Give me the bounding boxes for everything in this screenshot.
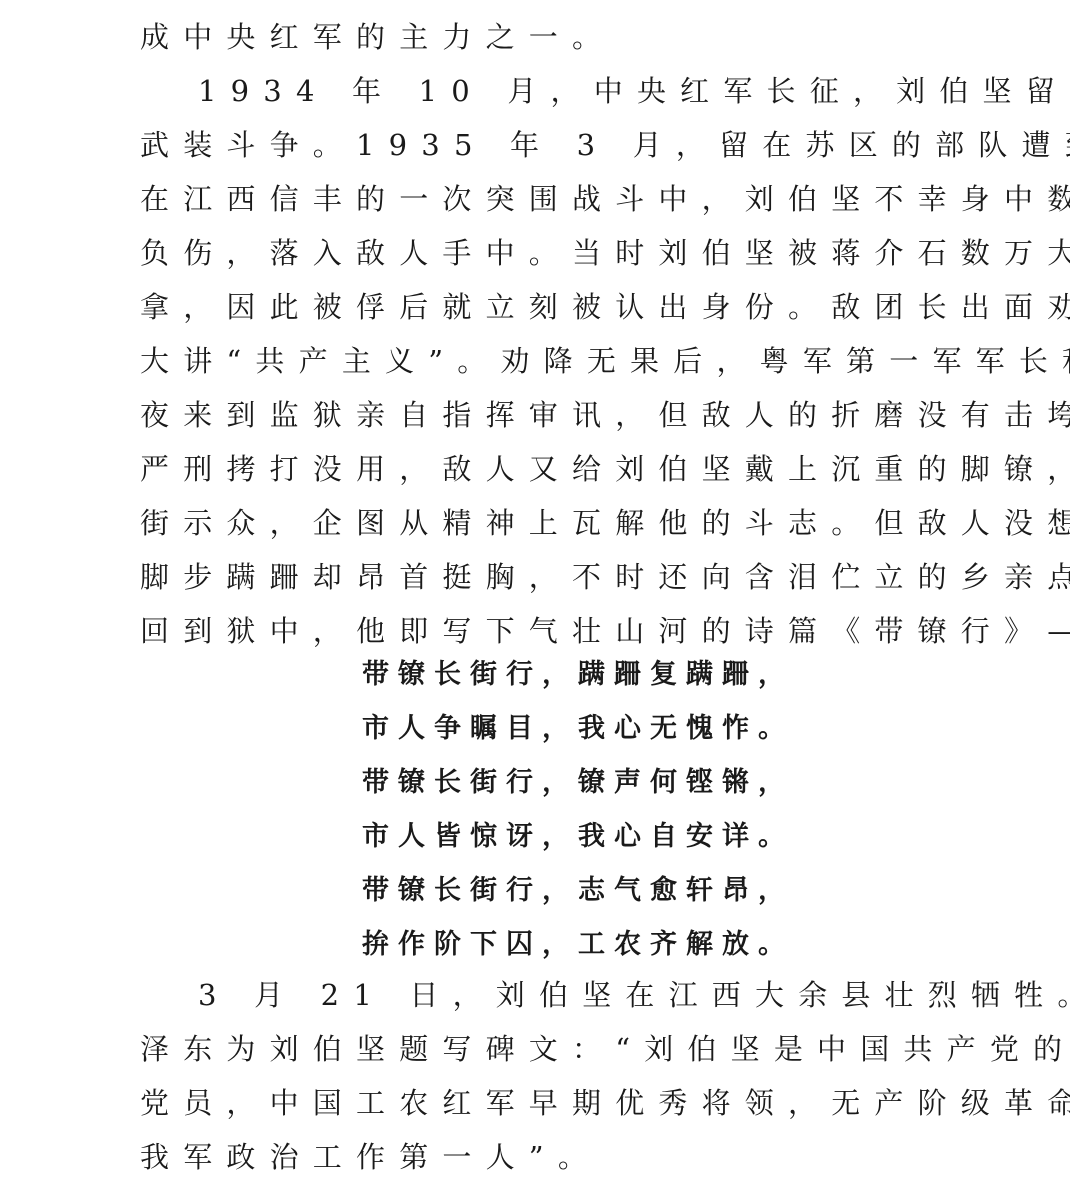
paragraph-line: 党员，中国工农红军早期优秀将领，无产阶级革命家，我党 <box>140 1076 935 1130</box>
poem-line: 拚作阶下囚，工农齐解放。 <box>362 918 794 972</box>
closing-paragraph: 3 月 21 日，刘伯坚在江西大余县壮烈牺牲。1938 年毛 泽东为刘伯坚题写碑… <box>140 968 935 1184</box>
document-body: 成中央红军的主力之一。 1934 年 10 月，中央红军长征，刘伯坚留在中央苏区… <box>140 10 935 658</box>
paragraph-line: 武装斗争。1935 年 3 月，留在苏区的部队遭到敌人重重围攻， <box>140 118 935 172</box>
paragraph-line: 严刑拷打没用，敌人又给刘伯坚戴上沉重的脚镣，押着他游 <box>140 442 935 496</box>
paragraph-line: 负伤，落入敌人手中。当时刘伯坚被蒋介石数万大洋悬赏缉 <box>140 226 935 280</box>
paragraph-line: 街示众，企图从精神上瓦解他的斗志。但敌人没想到刘伯坚 <box>140 496 935 550</box>
poem-line: 带镣长街行，蹒跚复蹒跚， <box>362 648 794 702</box>
paragraph-line: 夜来到监狱亲自指挥审讯，但敌人的折磨没有击垮刘伯坚。 <box>140 388 935 442</box>
paragraph-line: 大讲“共产主义”。劝降无果后，粤军第一军军长和参谋长连 <box>140 334 935 388</box>
poem-line: 市人争瞩目，我心无愧怍。 <box>362 702 794 756</box>
poem-line: 市人皆惊讶，我心自安详。 <box>362 810 794 864</box>
poem-block: 带镣长街行，蹒跚复蹒跚， 市人争瞩目，我心无愧怍。 带镣长街行，镣声何铿锵， 市… <box>362 648 794 972</box>
paragraph-line: 1934 年 10 月，中央红军长征，刘伯坚留在中央苏区坚持 <box>140 64 935 118</box>
paragraph-line: 我军政治工作第一人”。 <box>140 1130 935 1184</box>
paragraph-line: 3 月 21 日，刘伯坚在江西大余县壮烈牺牲。1938 年毛 <box>140 968 935 1022</box>
paragraph-line: 在江西信丰的一次突围战斗中，刘伯坚不幸身中数弹，左腿 <box>140 172 935 226</box>
paragraph-line: 泽东为刘伯坚题写碑文：“刘伯坚是中国共产党的早期优秀 <box>140 1022 935 1076</box>
poem-line: 带镣长街行，志气愈轩昂， <box>362 864 794 918</box>
paragraph-line: 脚步蹒跚却昂首挺胸，不时还向含泪伫立的乡亲点头示意。 <box>140 550 935 604</box>
paragraph-line: 拿，因此被俘后就立刻被认出身份。敌团长出面劝降，他却 <box>140 280 935 334</box>
paragraph-continuation-line: 成中央红军的主力之一。 <box>140 10 935 64</box>
poem-line: 带镣长街行，镣声何铿锵， <box>362 756 794 810</box>
